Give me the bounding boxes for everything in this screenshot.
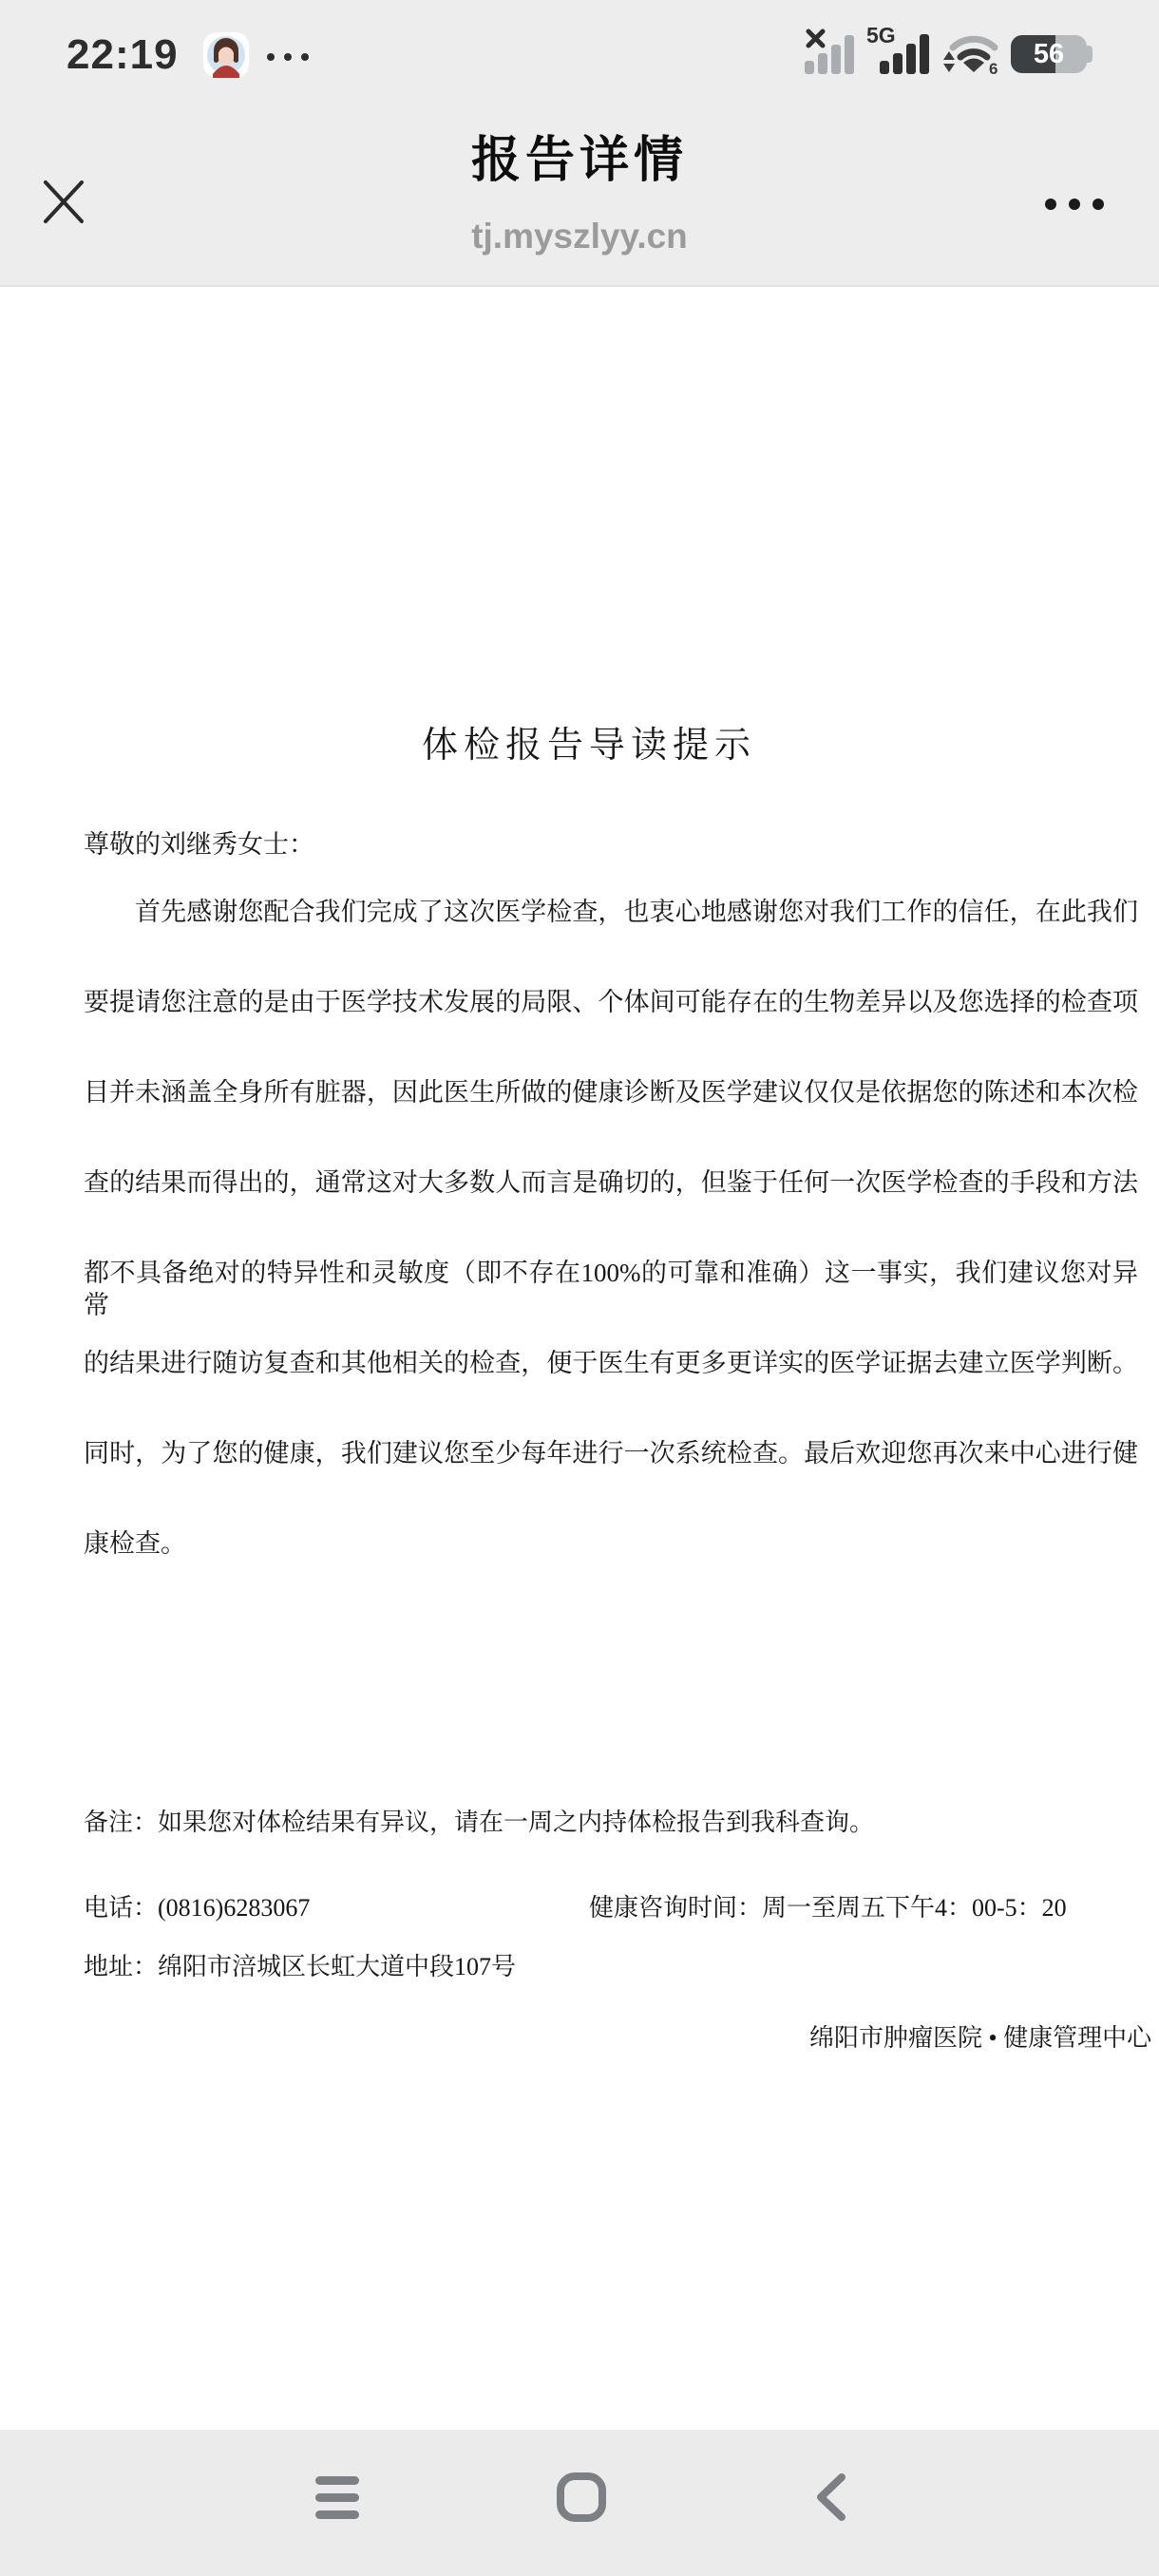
page-title: 报告详情 xyxy=(0,134,1159,188)
phone-screen: { "status_bar": { "time": "22:19", "netw… xyxy=(0,0,1159,2576)
hospital-signature: 绵阳市肿瘤医院 • 健康管理中心 xyxy=(809,2023,1151,2053)
more-menu-icon[interactable] xyxy=(1045,193,1104,216)
paragraph-line: 的结果进行随访复查和其他相关的检查，便于医生有更多更详实的医学证据去建立医学判断… xyxy=(84,1348,1138,1380)
paragraph-line: 查的结果而得出的，通常这对大多数人而言是确切的，但鉴于任何一次医学检查的手段和方… xyxy=(84,1167,1138,1200)
paragraph-line: 康检查。 xyxy=(84,1528,1138,1561)
status-more-icon xyxy=(267,53,309,61)
battery-icon: 56 xyxy=(1011,35,1087,73)
greeting-line: 尊敬的刘继秀女士： xyxy=(84,829,314,860)
document-title: 体检报告导读提示 xyxy=(0,727,1159,767)
sim1-no-signal-icon xyxy=(805,27,858,74)
floating-window-avatar-icon[interactable] xyxy=(203,32,249,78)
phone-line: 电话：(0816)6283067 xyxy=(84,1893,310,1923)
recents-menu-icon[interactable] xyxy=(315,2476,361,2520)
clock: 22:19 xyxy=(66,34,179,76)
consult-hours-line: 健康咨询时间：周一至周五下午4：00-5：20 xyxy=(589,1893,1067,1923)
address-line: 地址：绵阳市涪城区长虹大道中段107号 xyxy=(84,1952,516,1981)
wifi-gen-label: 6 xyxy=(989,60,997,74)
wifi-icon: 6 xyxy=(941,27,1002,74)
remark-line: 备注：如果您对体检结果有异议，请在一周之内持体检报告到我科查询。 xyxy=(84,1808,874,1837)
webview-header: 报告详情 tj.myszlyy.cn xyxy=(0,90,1159,287)
back-icon[interactable] xyxy=(813,2473,847,2521)
paragraph-line: 都不具备绝对的特异性和灵敏度（即不存在100%的可靠和准确）这一事实，我们建议您… xyxy=(84,1258,1138,1322)
paragraph-line: 要提请您注意的是由于医学技术发展的局限、个体间可能存在的生物差异以及您选择的检查… xyxy=(84,987,1138,1019)
home-icon[interactable] xyxy=(557,2472,606,2522)
battery-nub xyxy=(1087,46,1092,63)
report-document: 体检报告导读提示 尊敬的刘继秀女士： 首先感谢您配合我们完成了这次医学检查，也衷… xyxy=(0,287,1159,2430)
paragraph-line: 首先感谢您配合我们完成了这次医学检查，也衷心地感谢您对我们工作的信任，在此我们 xyxy=(84,897,1138,929)
sim2-5g-signal-icon: 5G xyxy=(866,25,933,74)
network-type-label: 5G xyxy=(866,25,896,47)
battery-percent-label: 56 xyxy=(1011,35,1087,73)
paragraph-line: 目并未涵盖全身所有脏器，因此医生所做的健康诊断及医学建议仅仅是依据您的陈述和本次… xyxy=(84,1077,1138,1109)
status-icons-cluster: 5G 6 56 xyxy=(805,25,1087,74)
page-url: tj.myszlyy.cn xyxy=(0,218,1159,256)
paragraph-line: 同时，为了您的健康，我们建议您至少每年进行一次系统检查。最后欢迎您再次来中心进行… xyxy=(84,1438,1138,1470)
android-nav-bar xyxy=(0,2430,1159,2576)
status-bar: 22:19 5G xyxy=(0,0,1159,90)
